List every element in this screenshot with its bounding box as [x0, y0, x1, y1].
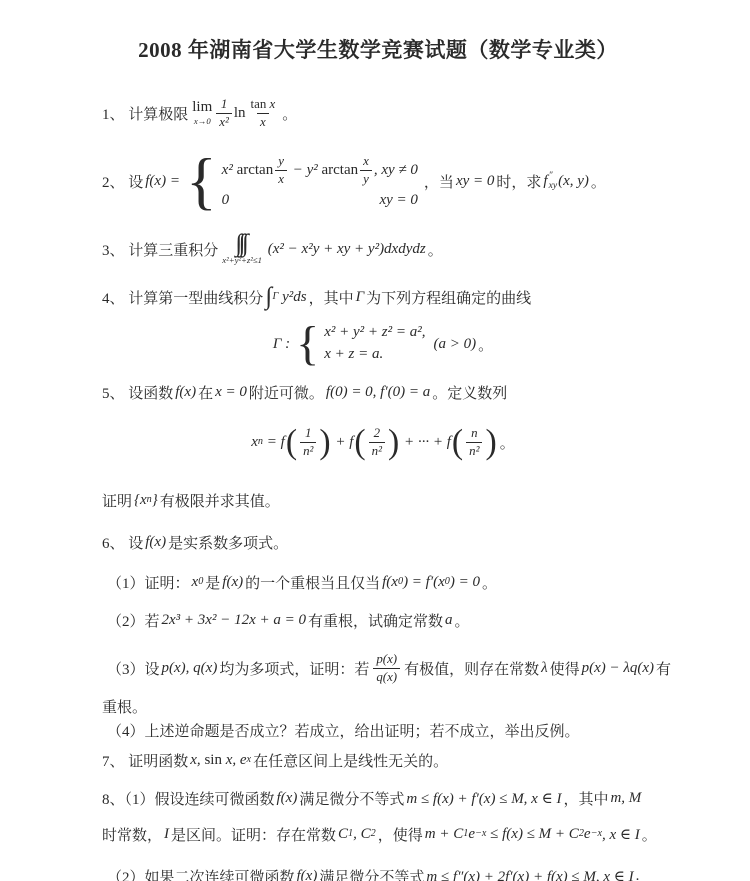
problem-5-line: 5、 设函数f(x)在x = 0附近可微。f(0) = 0, f′(0) = a… — [102, 380, 662, 404]
text-run: （3）设 — [107, 658, 160, 679]
text-run: 有 — [656, 658, 671, 679]
problem-4-formula: Γ :{x² + y² + z² = a²,x + z = a.(a > 0)。 — [102, 318, 662, 370]
roman-text: ln — [234, 105, 246, 122]
text-run: 。 — [428, 239, 443, 260]
math-run: x, sin x, ex — [190, 752, 251, 769]
text-run: 使得 — [550, 658, 580, 679]
right-paren: ) — [319, 428, 330, 456]
denominator: x — [257, 113, 269, 130]
cases-row: x² arctanyx − y² arctanxy, xy ≠ 0 — [220, 153, 420, 186]
text-run: 重根。 — [102, 696, 147, 717]
math-run: f″xy(x, y) — [543, 171, 589, 191]
text-run: 有重根，试确定常数 — [308, 610, 443, 631]
numerator: tan x — [248, 96, 279, 112]
under-limit: x→0 — [194, 117, 211, 126]
math-run: f(x0) = f′(x0) = 0 — [382, 574, 480, 591]
roman-text: lim — [192, 99, 212, 115]
problem-8-part-1-continued: 时常数，I是区间。证明：存在常数C1, C2，使得m + C1e−x ≤ f(x… — [102, 822, 662, 846]
roman-text: sin — [204, 752, 222, 769]
text-run: 7、 证明函数 — [102, 750, 188, 771]
cases-block: {x² + y² + z² = a²,x + z = a. — [296, 324, 427, 365]
numerator: y — [275, 153, 287, 169]
text-run: 的一个重根当且仅当 — [245, 572, 380, 593]
math-run: Γ : — [273, 336, 290, 353]
cases-row: 0xy = 0 — [220, 192, 420, 209]
exam-document: 2008 年湖南省大学生数学竞赛试题（数学专业类） 1、 计算极限limx→0 … — [0, 0, 750, 881]
text-run: 。 — [455, 610, 470, 631]
roman-text: tan — [251, 97, 267, 111]
text-run: 6、 设 — [102, 532, 143, 553]
big-parens: (1n²) — [286, 425, 331, 458]
roman-text: arctan — [321, 162, 358, 179]
math-run: 0 — [222, 192, 230, 209]
text-run: 。 — [482, 572, 497, 593]
paren-content: nn² — [464, 425, 484, 458]
math-run: f(x) = — [145, 173, 180, 190]
text-run: 证明 — [102, 490, 132, 511]
problem-4-line: 4、 计算第一型曲线积分∫Γ y²ds，其中Γ为下列方程组确定的曲线 — [102, 280, 662, 314]
right-paren: ) — [388, 428, 399, 456]
numerator: n — [468, 425, 480, 441]
text-run: 4、 计算第一型曲线积分 — [102, 287, 263, 308]
math-run: xy = 0 — [379, 192, 417, 209]
big-operator: ∫∫∫ — [235, 230, 245, 257]
big-parens: (2n²) — [354, 425, 399, 458]
denominator: x — [275, 170, 287, 187]
denominator: x² — [216, 113, 232, 130]
text-run: （4）上述逆命题是否成立？若成立，给出证明；若不成立，举出反例。 — [107, 720, 580, 741]
big-operator: ∫ — [265, 286, 268, 307]
problem-8-part-2-line: （2）如果二次连续可微函数f(x)满足微分不等式m ≤ f″(x) + 2f′(… — [102, 864, 662, 881]
text-run: 有极限并求其值。 — [160, 490, 280, 511]
math-run: p(x)q(x) — [371, 651, 402, 684]
math-run: f(x) — [145, 534, 166, 551]
math-run: m, M — [610, 790, 641, 807]
text-run: 在任意区间上是线性无关的。 — [253, 750, 448, 771]
text-run: 。 — [642, 824, 657, 845]
text-run: . — [636, 868, 640, 881]
page-title: 2008 年湖南省大学生数学竞赛试题（数学专业类） — [94, 34, 662, 64]
text-run: （2）若 — [107, 610, 160, 631]
math-run: m + C1e−x ≤ f(x) ≤ M + C2e−x, x ∈ I — [425, 825, 640, 844]
math-run: x0 — [192, 574, 204, 591]
math-run: f(0) = 0, f′(0) = a — [326, 384, 430, 401]
numerator: 2 — [371, 425, 383, 441]
math-run: ∫∫∫x²+y²+z²≤1 (x² − x²y + xy + y²)dxdydz — [220, 233, 425, 266]
math-run: (a > 0) — [433, 336, 476, 353]
problem-2-line: 2、 设f(x) ={x² arctanyx − y² arctanxy, xy… — [102, 146, 662, 216]
fraction: 1x² — [216, 96, 232, 129]
text-run: ，使得 — [378, 824, 423, 845]
math-run: f(x) — [277, 790, 298, 807]
denominator: n² — [466, 442, 482, 459]
cases-rows: x² + y² + z² = a²,x + z = a. — [322, 324, 427, 363]
text-run: 3、 计算三重积分 — [102, 239, 218, 260]
math-run: m ≤ f(x) + f′(x) ≤ M, x ∈ I — [406, 789, 561, 808]
text-run: （2）如果二次连续可微函数 — [107, 866, 295, 881]
text-run: 时常数， — [102, 824, 162, 845]
left-paren: ( — [354, 428, 365, 456]
text-run: 1、 计算极限 — [102, 103, 188, 124]
math-run: limx→0 1x² ln tan xx — [190, 96, 280, 129]
problem-5-formula: xn = f(1n²) + f(2n²) + ··· + f(nn²)。 — [102, 416, 662, 468]
fraction: yx — [275, 153, 287, 186]
subscript: xy — [549, 181, 558, 191]
under-script: ∫∫∫x²+y²+z²≤1 — [222, 233, 262, 266]
text-run: 。 — [282, 103, 297, 124]
text-run: （1）证明： — [107, 572, 190, 593]
text-run: 2、 设 — [102, 171, 143, 192]
text-run: 均为多项式，证明：若 — [219, 658, 369, 679]
math-run: I — [164, 826, 169, 843]
fraction: nn² — [466, 425, 482, 458]
left-brace-glyph: { — [186, 154, 217, 208]
roman-text: arctan — [237, 162, 274, 179]
under-limit: x²+y²+z²≤1 — [222, 256, 262, 265]
math-run: xy = 0 — [456, 173, 494, 190]
math-run: x + z = a. — [324, 346, 383, 363]
problem-6-line: 6、 设f(x)是实系数多项式。 — [102, 530, 662, 554]
cases-row: x + z = a. — [322, 346, 427, 363]
paren-content: 1n² — [298, 425, 318, 458]
fraction: xy — [360, 153, 372, 186]
text-run: 有极值，则存在常数 — [404, 658, 539, 679]
numerator: 1 — [302, 425, 314, 441]
problem-6-part-2: （2）若2x³ + 3x² − 12x + a = 0有重根，试确定常数a。 — [102, 608, 662, 632]
math-run: m ≤ f″(x) + 2f′(x) + f(x) ≤ M, x ∈ I — [426, 867, 633, 881]
text-run: ，其中 — [309, 287, 354, 308]
left-paren: ( — [286, 428, 297, 456]
text-run: ，其中 — [563, 788, 608, 809]
math-run: λ — [541, 660, 548, 677]
math-run: p(x), q(x) — [162, 660, 218, 677]
math-run: C1, C2 — [338, 826, 376, 843]
denominator: n² — [300, 442, 316, 459]
text-run: 在 — [198, 382, 213, 403]
fraction: 2n² — [369, 425, 385, 458]
denominator: y — [360, 170, 372, 187]
text-run: ，当 — [424, 171, 454, 192]
text-run: 。 — [591, 171, 606, 192]
text-run: 是 — [205, 572, 220, 593]
math-run: x² + y² + z² = a², — [324, 324, 425, 341]
problem-6-part-3-continued: 重根。 — [102, 694, 662, 718]
under-script: limx→0 — [192, 100, 212, 126]
text-run: 为下列方程组确定的曲线 — [366, 287, 531, 308]
math-run: {xn} — [134, 492, 158, 509]
math-run: ∫Γ y²ds — [265, 286, 306, 307]
math-run: a — [445, 612, 453, 629]
sup-sub-stack: ″xy — [549, 171, 558, 191]
math-run: p(x) − λq(x) — [582, 660, 654, 677]
problem-5-conclusion: 证明{xn}有极限并求其值。 — [102, 488, 662, 512]
math-run: f(x) — [175, 384, 196, 401]
text-run: 是区间。证明：存在常数 — [171, 824, 336, 845]
left-paren: ( — [452, 428, 463, 456]
text-run: 满足微分不等式 — [299, 788, 404, 809]
problem-6-part-4: （4）上述逆命题是否成立？若成立，给出证明；若不成立，举出反例。 — [102, 718, 662, 742]
text-run: 。 — [478, 334, 493, 355]
text-run: 附近可微。 — [249, 382, 324, 403]
operator: lim — [192, 100, 212, 116]
text-run: 。定义数列 — [432, 382, 507, 403]
paren-content: 2n² — [367, 425, 387, 458]
problem-6-part-3: （3）设p(x), q(x)均为多项式，证明：若p(x)q(x)有极值，则存在常… — [102, 646, 662, 690]
math-run: f(x) — [297, 868, 318, 881]
math-run: x² arctanyx − y² arctanxy, xy ≠ 0 — [222, 153, 418, 186]
problem-6-part-1: （1）证明：x0是f(x)的一个重根当且仅当f(x0) = f′(x0) = 0… — [102, 570, 662, 594]
fraction: tan xx — [248, 96, 279, 129]
problem-1-line: 1、 计算极限limx→0 1x² ln tan xx。 — [102, 94, 662, 132]
problem-3-line: 3、 计算三重积分 ∫∫∫x²+y²+z²≤1 (x² − x²y + xy +… — [102, 226, 662, 272]
cases-rows: x² arctanyx − y² arctanxy, xy ≠ 00xy = 0 — [220, 153, 420, 208]
text-run: 。 — [500, 432, 515, 453]
text-run: 8、（1）假设连续可微函数 — [102, 788, 275, 809]
right-paren: ) — [485, 428, 496, 456]
math-run: x = 0 — [215, 384, 247, 401]
big-parens: (nn²) — [452, 425, 497, 458]
text-run: 满足微分不等式 — [319, 866, 424, 881]
numerator: 1 — [218, 96, 230, 112]
numerator: p(x) — [373, 651, 400, 667]
text-run: 5、 设函数 — [102, 382, 173, 403]
math-run: f(x) — [222, 574, 243, 591]
fraction: p(x)q(x) — [373, 651, 400, 684]
numerator: x — [360, 153, 372, 169]
denominator: n² — [369, 442, 385, 459]
denominator: q(x) — [373, 668, 400, 685]
fraction: 1n² — [300, 425, 316, 458]
math-run: 2x³ + 3x² − 12x + a = 0 — [162, 612, 306, 629]
problem-8-part-1-line: 8、（1）假设连续可微函数f(x)满足微分不等式m ≤ f(x) + f′(x)… — [102, 786, 662, 810]
left-brace-glyph: { — [296, 324, 319, 365]
operator: ∫∫∫ — [235, 233, 249, 256]
cases-block: {x² arctanyx − y² arctanxy, xy ≠ 00xy = … — [186, 153, 420, 208]
math-run: Γ — [356, 289, 365, 306]
problem-7-line: 7、 证明函数x, sin x, ex在任意区间上是线性无关的。 — [102, 748, 662, 772]
text-run: 时，求 — [496, 171, 541, 192]
cases-row: x² + y² + z² = a², — [322, 324, 427, 341]
text-run: 是实系数多项式。 — [168, 532, 288, 553]
math-run: xn = f(1n²) + f(2n²) + ··· + f(nn²) — [251, 425, 497, 458]
